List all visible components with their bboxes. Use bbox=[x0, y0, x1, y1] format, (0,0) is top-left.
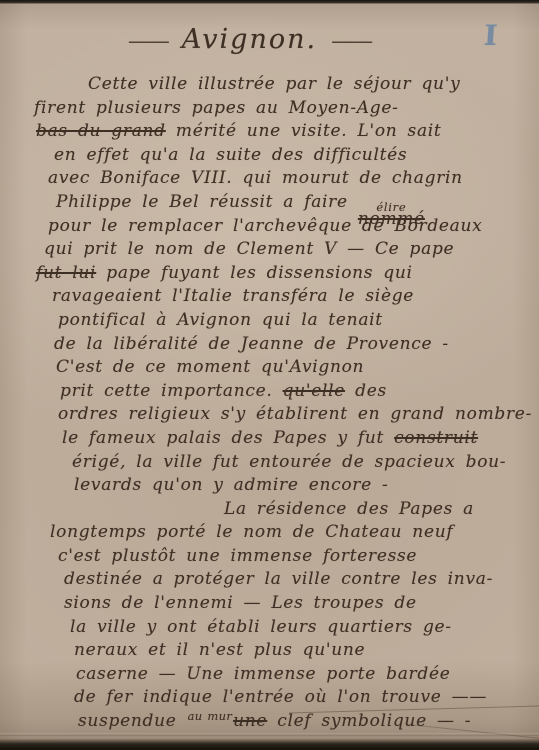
handwritten-text: longtemps porté le nom de Chateau neuf bbox=[50, 522, 453, 542]
handwritten-text: firent plusieurs papes au Moyen-Age- bbox=[34, 98, 399, 118]
handwritten-text: pontifical à Avignon qui la tenait bbox=[58, 310, 383, 330]
photo-bottom-edge bbox=[0, 739, 539, 750]
handwritten-text: le fameux palais des Papes y fut bbox=[62, 428, 394, 448]
manuscript-line: pontifical à Avignon qui la tenait bbox=[0, 309, 533, 333]
handwritten-text: en effet qu'a la suite des difficultés bbox=[54, 145, 407, 165]
handwritten-text: C'est de ce moment qu'Avignon bbox=[56, 357, 364, 377]
struck-text: construit bbox=[394, 428, 478, 448]
handwritten-text: de fer indique l'entrée où l'on trouve —… bbox=[74, 687, 487, 707]
handwritten-text: prit cette importance. bbox=[60, 381, 283, 401]
manuscript-line: pour le remplacer l'archevêque de Bordea… bbox=[0, 215, 533, 239]
manuscript-line: prit cette importance. qu'elle des bbox=[0, 380, 533, 404]
handwritten-text: sions de l'ennemi — Les troupes de bbox=[64, 593, 417, 613]
handwritten-text: pour le remplacer l'archevêque de Bordea… bbox=[48, 216, 482, 236]
manuscript-line: en effet qu'a la suite des difficultés bbox=[0, 144, 533, 168]
manuscript-line: caserne — Une immense porte bardée bbox=[0, 663, 533, 687]
handwritten-text: Cette ville illustrée par le séjour qu'y bbox=[88, 74, 460, 94]
handwritten-text: pape fuyant les dissensions qui bbox=[96, 263, 412, 283]
handwritten-text: destinée a protéger la ville contre les … bbox=[64, 569, 493, 589]
manuscript-line: érigé, la ville fut entourée de spacieux… bbox=[0, 451, 533, 475]
manuscript-line: ordres religieux s'y établirent en grand… bbox=[0, 403, 533, 427]
manuscript-line: sions de l'ennemi — Les troupes de bbox=[0, 592, 533, 616]
manuscript-photo: I —— Avignon. —— Cette ville illustrée p… bbox=[0, 0, 539, 750]
handwritten-text: érigé, la ville fut entourée de spacieux… bbox=[72, 452, 506, 472]
handwritten-text: levards qu'on y admire encore - bbox=[74, 475, 388, 495]
struck-text: bas du grand bbox=[36, 121, 166, 141]
handwritten-text: de la libéralité de Jeanne de Provence - bbox=[54, 334, 449, 354]
manuscript-line: La résidence des Papes a bbox=[0, 498, 533, 522]
manuscript-line: Philippe le Bel réussit a faire élirenom… bbox=[0, 191, 533, 215]
manuscript-line: suspendue au murune clef symbolique — - bbox=[0, 710, 533, 734]
manuscript-line: la ville y ont établi leurs quartiers ge… bbox=[0, 616, 533, 640]
handwritten-text: caserne — Une immense porte bardée bbox=[76, 664, 451, 684]
manuscript-line: fut lui pape fuyant les dissensions qui bbox=[0, 262, 533, 286]
manuscript-line: avec Boniface VIII. qui mourut de chagri… bbox=[0, 167, 533, 191]
manuscript-line: destinée a protéger la ville contre les … bbox=[0, 568, 533, 592]
handwritten-text: Philippe le Bel réussit a faire bbox=[56, 192, 358, 212]
handwritten-text: avec Boniface VIII. qui mourut de chagri… bbox=[48, 168, 463, 188]
struck-text: une bbox=[233, 711, 267, 731]
title-dash-left: —— bbox=[128, 29, 168, 54]
handwritten-text: qui prit le nom de Clement V — Ce pape bbox=[44, 239, 454, 259]
handwritten-text: La résidence des Papes a bbox=[224, 499, 474, 519]
page-title: Avignon. bbox=[182, 24, 317, 55]
title-dash-right: —— bbox=[331, 29, 371, 54]
manuscript-line: c'est plustôt une immense forteresse bbox=[0, 545, 533, 569]
manuscript-line: de fer indique l'entrée où l'on trouve —… bbox=[0, 686, 533, 710]
manuscript-line: le fameux palais des Papes y fut constru… bbox=[0, 427, 533, 451]
manuscript-lines: Cette ville illustrée par le séjour qu'y… bbox=[0, 73, 533, 734]
manuscript-line: firent plusieurs papes au Moyen-Age- bbox=[0, 97, 533, 121]
manuscript-line: ravageaient l'Italie transféra le siège bbox=[0, 285, 533, 309]
struck-text: fut lui bbox=[36, 263, 96, 283]
handwritten-text: la ville y ont établi leurs quartiers ge… bbox=[70, 617, 452, 637]
inserted-text: au mur bbox=[188, 711, 233, 721]
handwritten-text: des bbox=[345, 381, 387, 401]
manuscript-line: neraux et il n'est plus qu'une bbox=[0, 639, 533, 663]
handwritten-text: ravageaient l'Italie transféra le siège bbox=[52, 286, 414, 306]
manuscript-line: levards qu'on y admire encore - bbox=[0, 474, 533, 498]
manuscript-line: C'est de ce moment qu'Avignon bbox=[0, 356, 533, 380]
manuscript-line: Cette ville illustrée par le séjour qu'y bbox=[0, 73, 533, 97]
paper-bottom-edge bbox=[0, 733, 539, 736]
handwritten-text: ordres religieux s'y établirent en grand… bbox=[58, 404, 532, 424]
manuscript-title-row: —— Avignon. —— bbox=[0, 24, 499, 55]
manuscript-line: de la libéralité de Jeanne de Provence - bbox=[0, 333, 533, 357]
handwritten-text: c'est plustôt une immense forteresse bbox=[58, 546, 417, 566]
handwritten-text: suspendue bbox=[78, 711, 187, 731]
handwritten-text: neraux et il n'est plus qu'une bbox=[74, 640, 365, 660]
manuscript-line: longtemps porté le nom de Chateau neuf bbox=[0, 521, 533, 545]
handwritten-text: mérité une visite. L'on sait bbox=[166, 121, 442, 141]
manuscript-line: qui prit le nom de Clement V — Ce pape bbox=[0, 238, 533, 262]
photo-top-edge bbox=[0, 0, 539, 4]
struck-text: qu'elle bbox=[283, 381, 345, 401]
manuscript-line: bas du grand mérité une visite. L'on sai… bbox=[0, 120, 533, 144]
